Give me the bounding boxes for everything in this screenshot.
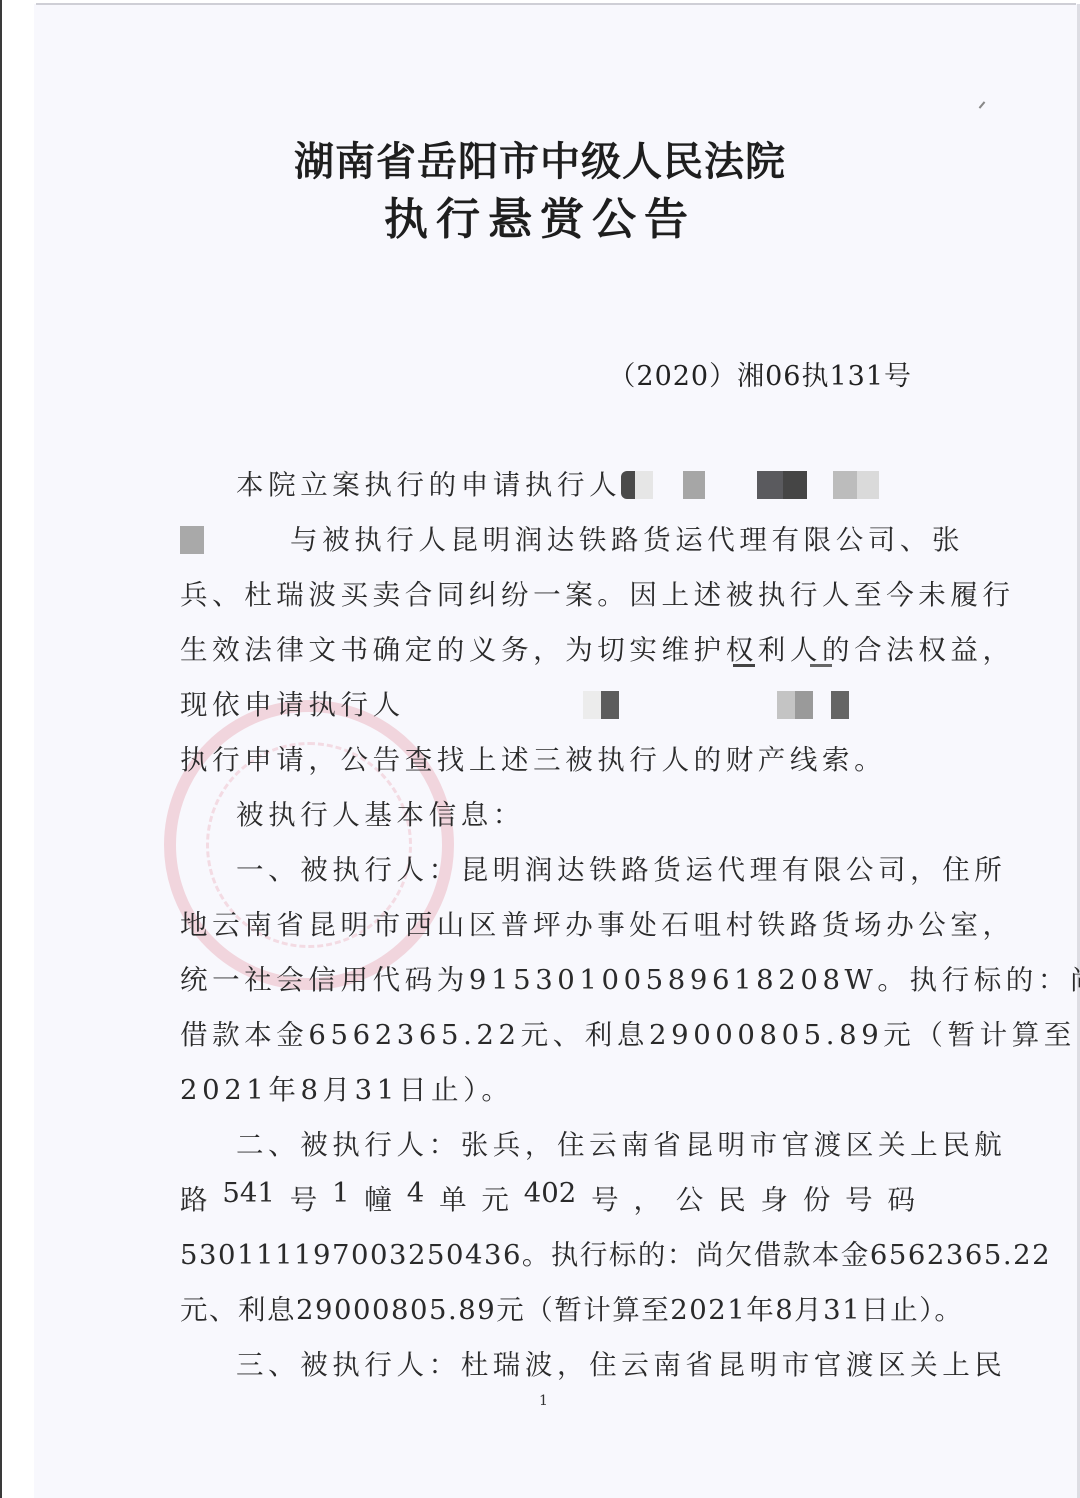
text-token: 号 [845, 1177, 873, 1217]
redacted-block [831, 691, 849, 719]
text-token: 号 [290, 1177, 318, 1217]
text-token: 民 [718, 1177, 746, 1217]
intro-text: 本院立案执行的申请执行人 [236, 469, 621, 501]
party-2-line-1: 二、被执行人：张兵，住云南省昆明市官渡区关上民航 [180, 1122, 1006, 1162]
party-2-line-2: 路 541 号 1 幢 4 单 元 402 号 ， 公 民 身 份 号 码 [180, 1177, 915, 1217]
redacted-block [180, 526, 204, 554]
text-token: 号 [591, 1177, 619, 1217]
party-1-line-5: 2021年8月31日止）。 [180, 1067, 514, 1107]
case-number: （2020）湘06执131号 [608, 354, 912, 393]
intro-text: 现依申请执行人 [180, 689, 405, 721]
redacted-block [833, 471, 857, 499]
scan-top-edge [36, 3, 1076, 5]
text-token: 541 [222, 1177, 275, 1217]
redacted-block [621, 471, 635, 499]
redacted-block [783, 471, 807, 499]
text-token: ， [633, 1177, 661, 1217]
redacted-block [635, 471, 653, 499]
redacted-block [777, 691, 795, 719]
party-1-line-3: 统一社会信用代码为91530100589618208W。执行标的：尚欠 [180, 957, 1080, 997]
notice-title: 执行悬赏公告 [0, 183, 1080, 247]
text-token: 码 [888, 1177, 916, 1217]
court-name-heading: 湖南省岳阳市中级人民法院 [0, 130, 1080, 187]
text-token: 路 [180, 1177, 208, 1217]
paragraph-intro-line-3: 兵、杜瑞波买卖合同纠纷一案。因上述被执行人至今未履行 [180, 572, 1015, 612]
handwritten-underline [810, 664, 832, 667]
paragraph-intro-line-5: 现依申请执行人 [180, 682, 849, 722]
basic-info-heading: 被执行人基本信息： [180, 792, 525, 832]
redacted-block [807, 471, 833, 499]
text-token: 幢 [364, 1177, 392, 1217]
redacted-block [683, 471, 705, 499]
intro-text: 与被执行人昆明润达铁路货运代理有限公司、张 [290, 524, 964, 556]
party-2-line-4: 元、利息29000805.89元（暂计算至2021年8月31日止）。 [180, 1287, 963, 1327]
party-1-line-1: 一、被执行人：昆明润达铁路货运代理有限公司，住所 [180, 847, 1006, 887]
redacted-block [601, 691, 619, 719]
handwritten-underline [733, 664, 755, 667]
redacted-block [583, 691, 601, 719]
text-token: 1 [332, 1177, 350, 1217]
text-token: 份 [803, 1177, 831, 1217]
redacted-block [757, 471, 783, 499]
text-token: 单 [439, 1177, 467, 1217]
text-token: 公 [676, 1177, 704, 1217]
party-1-line-4: 借款本金6562365.22元、利息29000805.89元（暂计算至 [180, 1012, 1076, 1052]
redacted-block [653, 471, 683, 499]
text-token: 402 [524, 1177, 577, 1217]
paragraph-intro-line-1: 本院立案执行的申请执行人 [180, 462, 879, 502]
redacted-block [705, 471, 757, 499]
text-token: 身 [760, 1177, 788, 1217]
party-3-line-1: 三、被执行人：杜瑞波，住云南省昆明市官渡区关上民 [180, 1342, 1006, 1382]
page-number: 1 [539, 1393, 548, 1409]
party-1-line-2: 地云南省昆明市西山区普坪办事处石咀村铁路货场办公室， [180, 902, 1015, 942]
paragraph-intro-line-6: 执行申请，公告查找上述三被执行人的财产线索。 [180, 737, 886, 777]
party-2-line-3: 530111197003250436。执行标的：尚欠借款本金6562365.22 [180, 1232, 1051, 1272]
redacted-block [857, 471, 879, 499]
text-token: 4 [407, 1177, 425, 1217]
paragraph-intro-line-2: 与被执行人昆明润达铁路货运代理有限公司、张 [180, 517, 964, 557]
redacted-block [795, 691, 813, 719]
text-token: 元 [481, 1177, 509, 1217]
paragraph-intro-line-4: 生效法律文书确定的义务，为切实维护权利人的合法权益， [180, 627, 1015, 667]
